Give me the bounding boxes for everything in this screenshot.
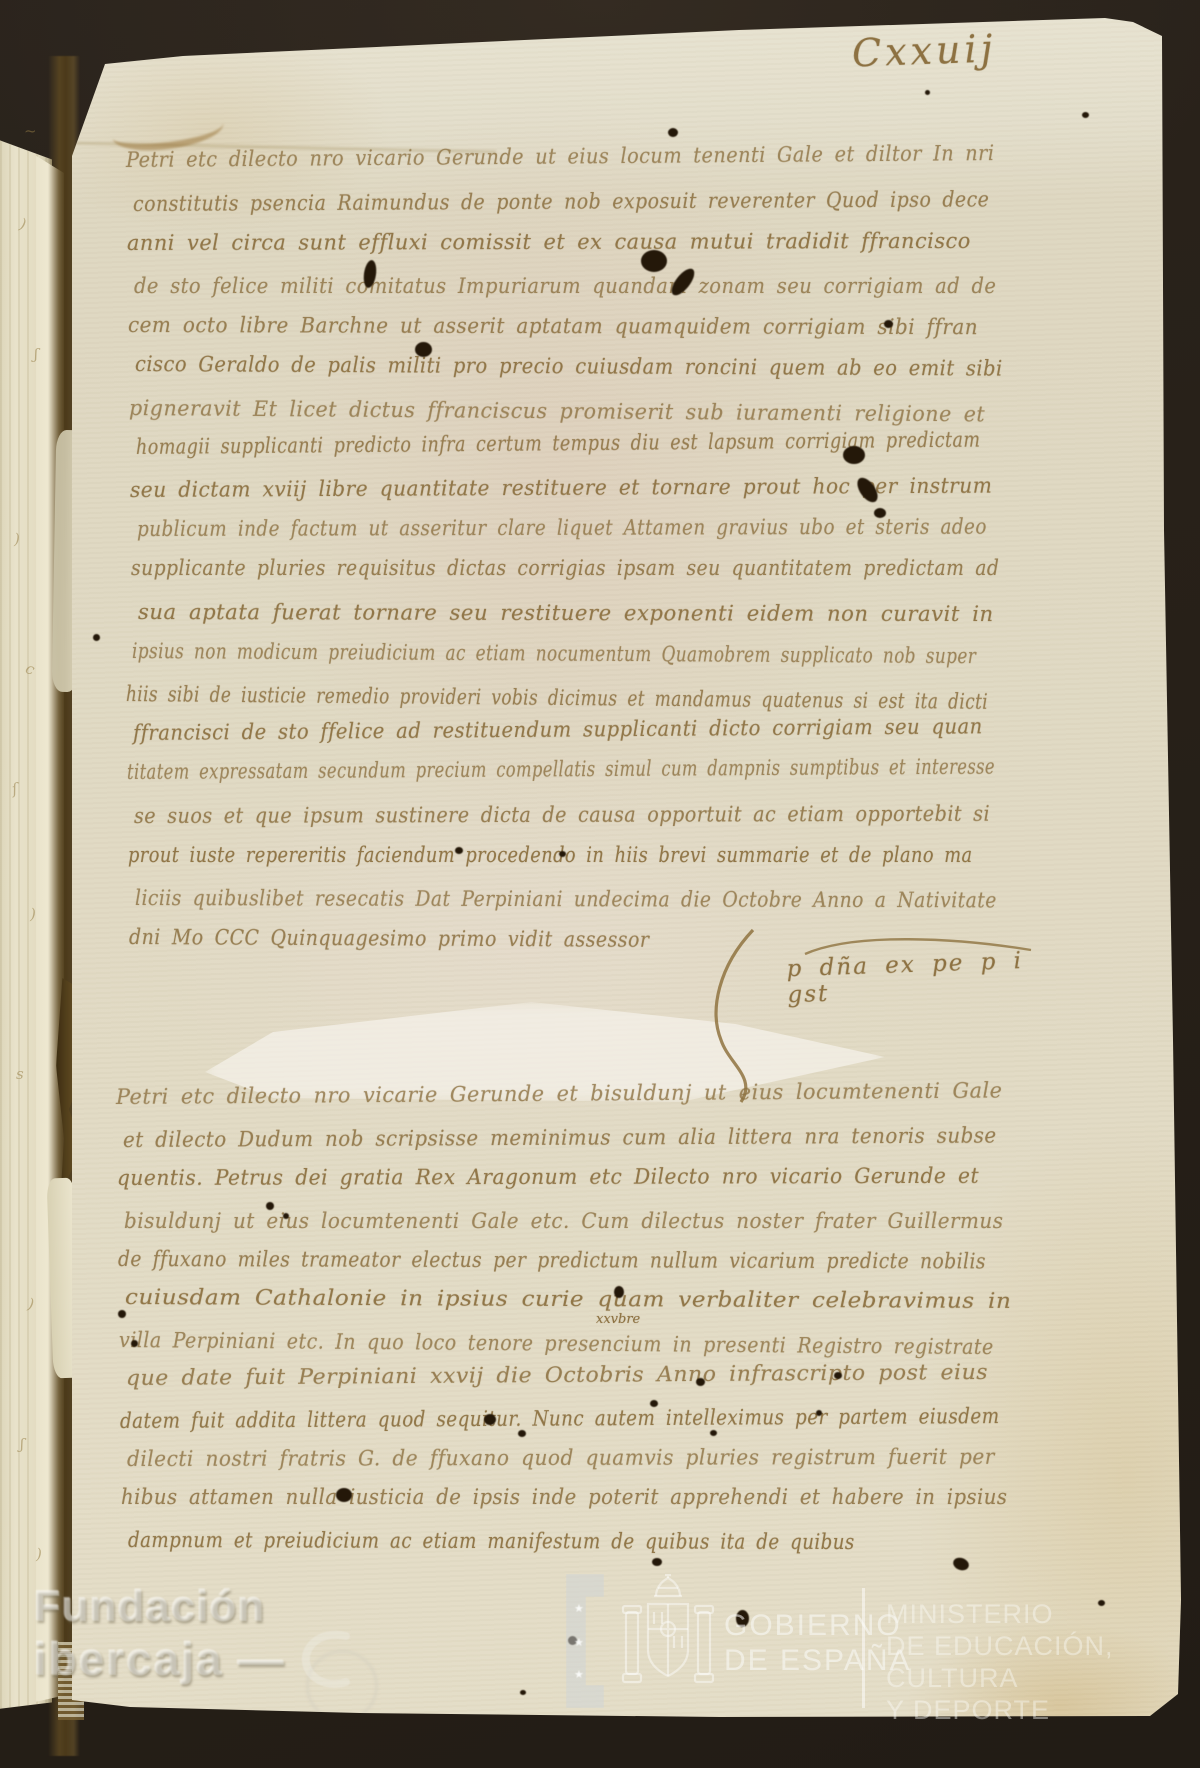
manuscript-line: de sto felice militi comitatus Impuriaru… <box>134 274 996 298</box>
manuscript-line: cem octo libre Barchne ut asserit aptata… <box>128 313 978 339</box>
manuscript-line: ffrancisci de sto ffelice ad restituendu… <box>133 715 983 746</box>
ink-hole-spot <box>652 1558 662 1566</box>
ink-hole-spot <box>131 1340 138 1347</box>
gobierno-de-espana-watermark: GOBIERNO DE ESPAÑA <box>724 1608 912 1678</box>
ink-hole-spot <box>668 128 678 137</box>
fundacion-ibercaja-watermark: Fundación ibercaja — <box>34 1582 352 1690</box>
ibercaja-logo-icon <box>300 1628 352 1690</box>
ink-hole-spot <box>559 851 566 857</box>
ink-hole-spot <box>650 1400 658 1407</box>
interlinear-note: xxvbre <box>596 1312 640 1327</box>
manuscript-photo-page: { "document": { "folio_number": "Cxxuij"… <box>0 0 1200 1768</box>
manuscript-line: supplicante pluries requisitus dictas co… <box>131 556 999 580</box>
manuscript-line: bisuldunj ut eius locumtenenti Gale etc.… <box>124 1209 1003 1233</box>
manuscript-line: que date fuit Perpiniani xxvij die Octob… <box>126 1360 988 1390</box>
ink-hole-spot <box>843 446 865 464</box>
manuscript-line: se suos et que ipsum sustinere dicta de … <box>134 802 990 828</box>
manuscript-line: titatem expressatam secundum precium com… <box>127 755 995 784</box>
manuscript-line: prout iuste repereritis faciendum proced… <box>128 843 973 867</box>
edge-pen-mark: ) <box>14 530 20 548</box>
edge-pen-mark: s <box>16 1065 24 1083</box>
ministerio-watermark: MINISTERIO DE EDUCACIÓN, CULTURA Y DEPOR… <box>886 1598 1200 1726</box>
watermark-divider-line <box>862 1588 865 1708</box>
ink-hole-spot <box>415 342 432 357</box>
star-icon: ★ <box>574 1636 584 1649</box>
manuscript-line: publicum inde factum ut asseritur clare … <box>137 515 987 541</box>
ministerio-watermark-line2: DE EDUCACIÓN, CULTURA <box>886 1630 1200 1694</box>
ink-hole-spot <box>710 1430 717 1436</box>
edge-pen-mark: ~ <box>24 122 37 140</box>
ministerio-watermark-line1: MINISTERIO <box>886 1598 1200 1630</box>
folio-number: Cxxuij <box>851 25 1052 76</box>
parchment-page: Cxxuij Petri etc dilecto nro vicario Ger… <box>0 0 1200 1768</box>
edge-pen-mark: ) <box>36 1545 42 1563</box>
manuscript-line: dampnum et preiudicium ac etiam manifest… <box>128 1528 855 1554</box>
ink-hole-spot <box>283 1213 289 1219</box>
fundacion-watermark-line2: ibercaja <box>34 1632 224 1686</box>
manuscript-line: sua aptata fuerat tornare seu restituere… <box>138 600 994 626</box>
edge-pen-mark: ʃ <box>34 345 38 363</box>
manuscript-line: pigneravit Et licet dictus ffranciscus p… <box>129 396 985 426</box>
ink-hole-spot <box>641 250 667 272</box>
ink-hole-spot <box>816 1410 822 1416</box>
star-icon: ★ <box>574 1602 584 1615</box>
ink-hole-spot <box>518 1430 526 1437</box>
manuscript-line: ipsius non modicum preiudicium ac etiam … <box>132 639 976 668</box>
manuscript-line: liciis quibuslibet resecatis Dat Perpini… <box>135 886 997 912</box>
manuscript-line: de ffuxano miles trameator electus per p… <box>118 1247 986 1273</box>
ink-hole-spot <box>614 1286 624 1298</box>
manuscript-line: datem fuit addita littera quod sequitur.… <box>120 1404 1000 1433</box>
gobierno-watermark-line2: DE ESPAÑA <box>724 1643 912 1678</box>
edge-pen-mark: ) <box>30 905 36 923</box>
gobierno-watermark-line1: GOBIERNO <box>724 1608 912 1643</box>
ink-hole-spot <box>925 90 930 95</box>
signature-text: p dña ex pe p i gst <box>786 948 1036 1009</box>
manuscript-line: quentis. Petrus dei gratia Rex Aragonum … <box>117 1164 979 1190</box>
manuscript-line: hibus attamen nulla iusticia de ipsis in… <box>121 1485 1007 1509</box>
manuscript-line: constitutis psencia Raimundus de ponte n… <box>133 187 989 216</box>
ink-hole-spot <box>520 1690 526 1695</box>
ink-hole-spot <box>884 320 893 328</box>
ink-hole-spot <box>266 1202 274 1210</box>
star-icon: ★ <box>574 1668 584 1681</box>
ink-hole-spot <box>696 1378 705 1386</box>
ink-hole-spot <box>118 1310 126 1318</box>
ink-hole-spot <box>455 847 463 854</box>
manuscript-line: cisco Geraldo de palis militi pro precio… <box>135 352 1003 381</box>
manuscript-line: dilecti nostri fratris G. de ffuxano quo… <box>127 1445 995 1471</box>
ink-hole-spot <box>874 508 886 518</box>
manuscript-line: villa Perpiniani etc. In quo loco tenore… <box>119 1328 994 1359</box>
ink-hole-spot <box>93 634 100 641</box>
ink-hole-spot <box>1082 112 1089 118</box>
manuscript-line: et dilecto Dudum nob scripsisse meminimu… <box>123 1123 997 1152</box>
ink-hole-spot <box>951 1556 970 1573</box>
fundacion-watermark-line1: Fundación <box>34 1582 352 1632</box>
manuscript-line: anni vel circa sunt effluxi comissit et … <box>127 229 971 255</box>
ink-hole-spot <box>484 1414 496 1425</box>
ink-hole-spot <box>834 1372 842 1379</box>
photographed-manuscript-scene: )ʃ)cſ)s)ʃ)~ Cxxuij Petri etc dilecto nro… <box>0 0 1200 1768</box>
manuscript-line: cuiusdam Cathalonie in ipsius curie quam… <box>125 1285 1011 1313</box>
fundacion-watermark-dash: — <box>238 1632 286 1686</box>
ministerio-watermark-line3: Y DEPORTE <box>886 1694 1200 1726</box>
spain-coat-of-arms-icon <box>616 1574 720 1710</box>
manuscript-line: dni Mo CCC Quinquagesimo primo vidit ass… <box>129 925 649 952</box>
manuscript-line: hiis sibi de iusticie remedio provideri … <box>126 682 988 714</box>
ink-hole-spot <box>336 1488 352 1502</box>
edge-pen-mark: ʃ <box>20 1435 24 1453</box>
